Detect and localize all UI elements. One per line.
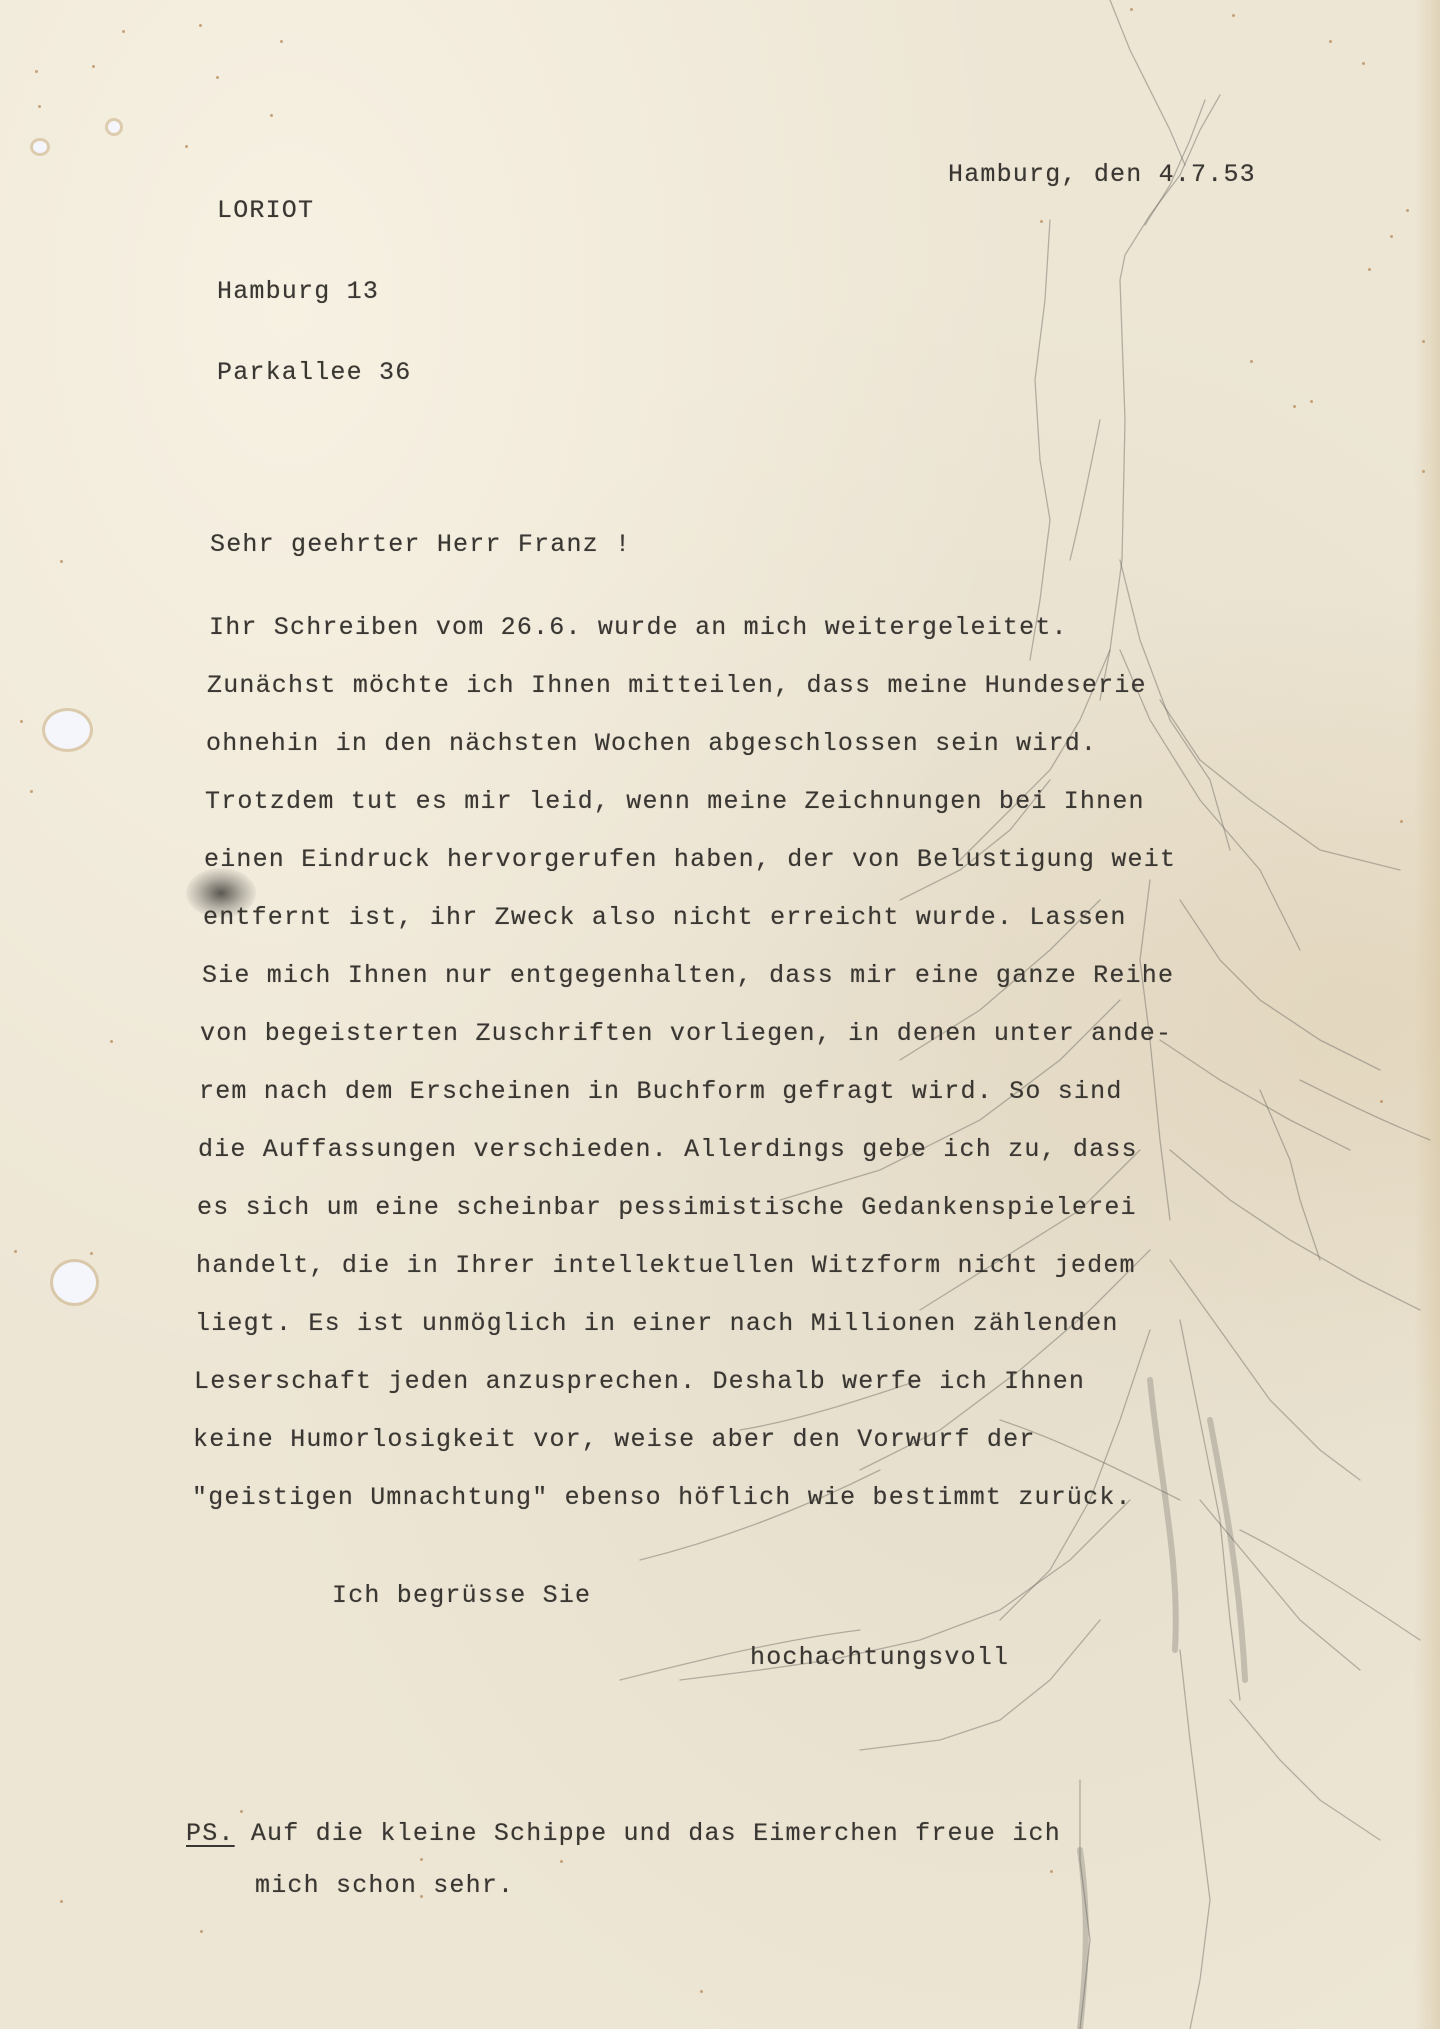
paper-speck <box>1362 62 1365 65</box>
paper-speck <box>185 145 188 148</box>
body-line: keine Humorlosigkeit vor, weise aber den… <box>193 1427 1036 1452</box>
sender-address: LORIOT Hamburg 13 Parkallee 36 <box>217 148 411 441</box>
paper-speck <box>1406 209 1409 212</box>
body-line: Ihr Schreiben vom 26.6. wurde an mich we… <box>209 615 1068 640</box>
paper-speck <box>1390 235 1393 238</box>
paper-speck <box>700 1990 703 1993</box>
paper-speck <box>1329 40 1332 43</box>
paper-speck <box>1422 470 1425 473</box>
paper-speck <box>1400 820 1403 823</box>
paper-speck <box>92 65 95 68</box>
paper-edge-shadow <box>1414 0 1440 2029</box>
paper-speck <box>60 1900 63 1903</box>
body-line: rem nach dem Erscheinen in Buchform gefr… <box>199 1079 1123 1104</box>
paper-speck <box>216 76 219 79</box>
pencil-sketch-bleedthrough <box>0 0 1440 2029</box>
punch-hole <box>45 711 90 749</box>
body-line: es sich um eine scheinbar pessimistische… <box>197 1195 1137 1220</box>
paper-speck <box>1368 268 1371 271</box>
closing-valediction: hochachtungsvoll <box>750 1645 1009 1670</box>
paper-speck <box>35 70 38 73</box>
body-line: "geistigen Umnachtung" ebenso höflich wi… <box>192 1485 1132 1510</box>
paper-speck <box>38 105 41 108</box>
letter-page: LORIOT Hamburg 13 Parkallee 36 Hamburg, … <box>0 0 1440 2029</box>
body-line: liegt. Es ist unmöglich in einer nach Mi… <box>195 1311 1119 1336</box>
paper-speck <box>1310 400 1313 403</box>
paper-speck <box>270 114 273 117</box>
paper-speck <box>1422 340 1425 343</box>
body-line: von begeisterten Zuschriften vorliegen, … <box>200 1021 1172 1046</box>
body-line: entfernt ist, ihr Zweck also nicht errei… <box>203 905 1127 930</box>
body-line: Sie mich Ihnen nur entgegenhalten, dass … <box>202 963 1174 988</box>
sender-city: Hamburg 13 <box>217 279 411 310</box>
paper-speck <box>1040 220 1043 223</box>
postscript-line-1: PS. Auf die kleine Schippe und das Eimer… <box>186 1821 1061 1846</box>
punch-hole <box>108 121 120 133</box>
paper-speck <box>1130 8 1133 11</box>
paper-speck <box>110 1040 113 1043</box>
punch-hole <box>53 1262 96 1303</box>
paper-speck <box>90 1252 93 1255</box>
paper-speck <box>420 1858 423 1861</box>
punch-hole <box>33 141 47 153</box>
paper-speck <box>1050 1870 1053 1873</box>
dateline: Hamburg, den 4.7.53 <box>948 162 1256 187</box>
paper-speck <box>122 30 125 33</box>
postscript-line-2: mich schon sehr. <box>255 1873 514 1898</box>
paper-speck <box>199 24 202 27</box>
paper-speck <box>560 1860 563 1863</box>
body-line: die Auffassungen verschieden. Allerdings… <box>198 1137 1138 1162</box>
body-line: einen Eindruck hervorgerufen haben, der … <box>204 847 1176 872</box>
paper-speck <box>14 1250 17 1253</box>
sender-street: Parkallee 36 <box>217 360 411 391</box>
body-line: ohnehin in den nächsten Wochen abgeschlo… <box>206 731 1097 756</box>
postscript-text: Auf die kleine Schippe und das Eimerchen… <box>251 1819 1061 1848</box>
paper-speck <box>200 1930 203 1933</box>
body-line: Leserschaft jeden anzusprechen. Deshalb … <box>194 1369 1085 1394</box>
body-line: Trotzdem tut es mir leid, wenn meine Zei… <box>205 789 1145 814</box>
paper-speck <box>1380 1100 1383 1103</box>
paper-speck <box>1293 405 1296 408</box>
sender-name: LORIOT <box>217 198 411 229</box>
paper-speck <box>280 40 283 43</box>
paper-speck <box>1250 360 1253 363</box>
closing-greeting: Ich begrüsse Sie <box>332 1583 591 1608</box>
paper-speck <box>30 790 33 793</box>
paper-speck <box>60 560 63 563</box>
body-line: Zunächst möchte ich Ihnen mitteilen, das… <box>207 673 1147 698</box>
body-line: handelt, die in Ihrer intellektuellen Wi… <box>196 1253 1136 1278</box>
paper-speck <box>240 1810 243 1813</box>
paper-speck <box>20 720 23 723</box>
postscript-label: PS. <box>186 1819 235 1848</box>
paper-speck <box>1232 14 1235 17</box>
salutation: Sehr geehrter Herr Franz ! <box>210 532 631 557</box>
